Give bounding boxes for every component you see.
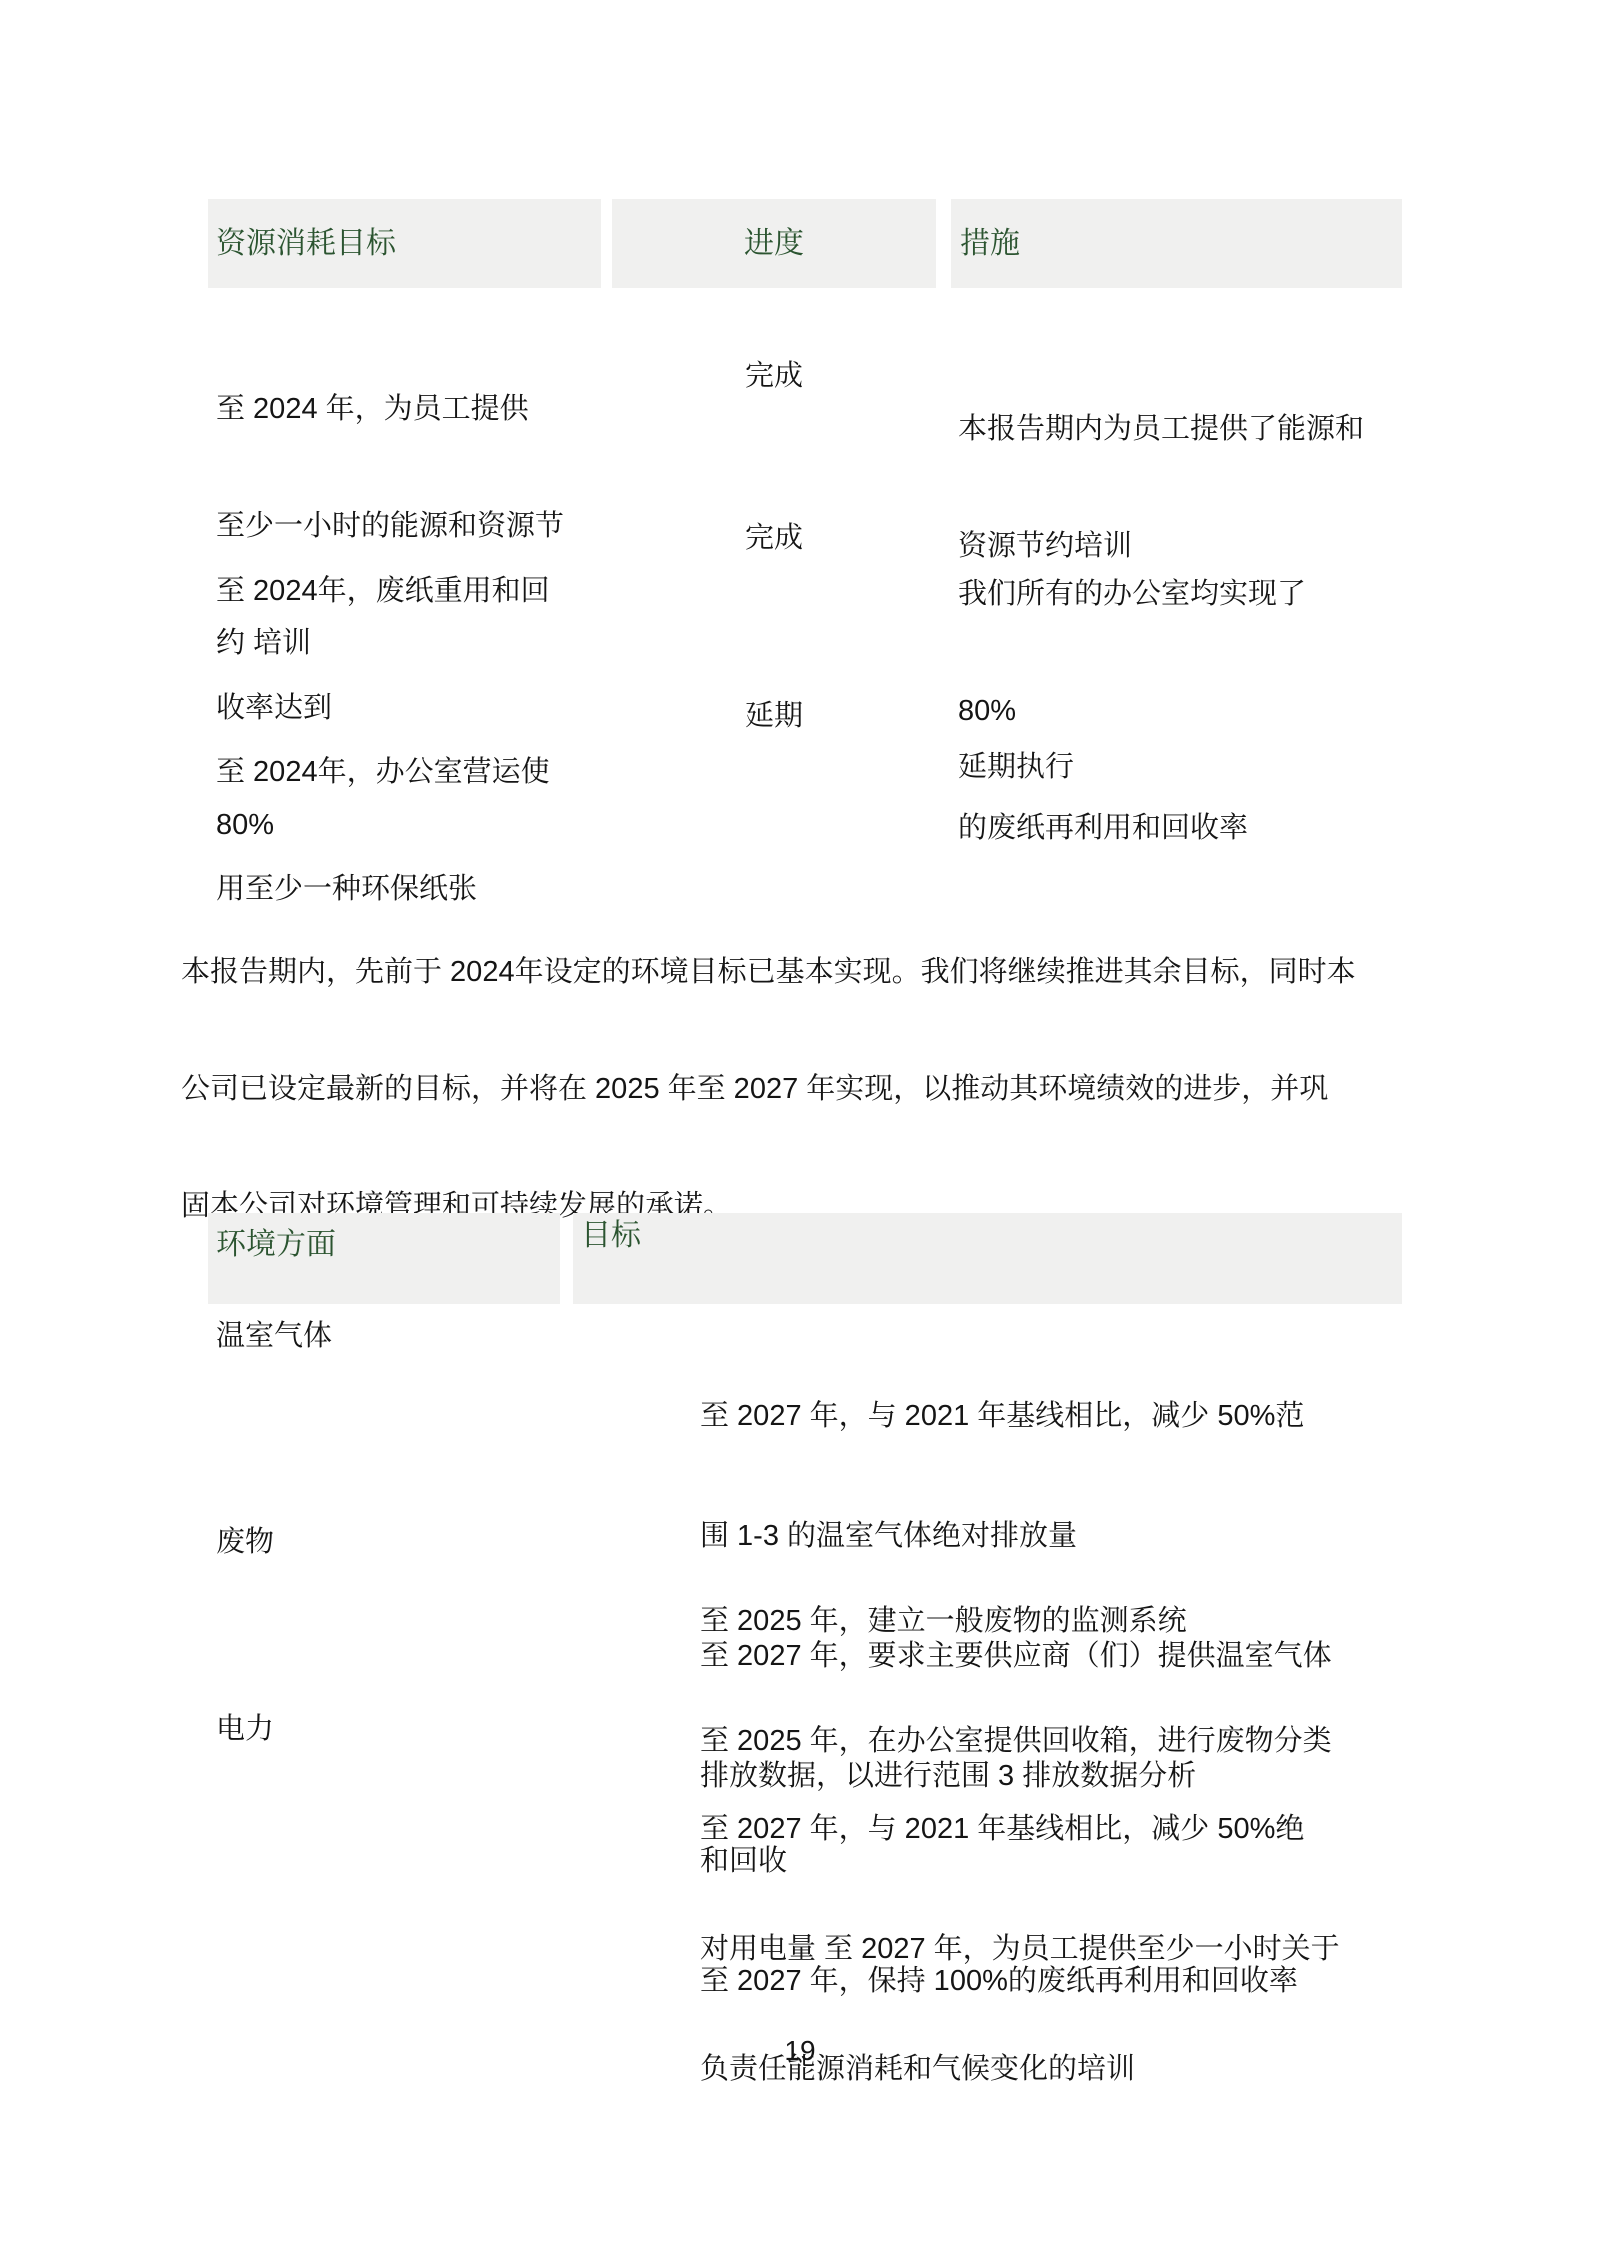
table1-header-measures: 措施	[951, 199, 1402, 288]
table1-header-goal: 资源消耗目标	[208, 199, 601, 288]
table2-row1-aspect: 温室气体	[216, 1316, 332, 1356]
table1-row3-measures: 延期执行	[958, 670, 1074, 865]
table1-header-measures-label: 措施	[960, 229, 1020, 259]
table1-row1-progress: 完成	[612, 357, 936, 396]
table2-header-target-label: 目标	[581, 1219, 641, 1252]
table1-row2-measure-line: 我们所有的办公室均实现了	[958, 575, 1306, 614]
table2-row3-targets: 至 2027 年，与 2021 年基线相比，减少 50%绝 对用电量 至 202…	[700, 1729, 1340, 2169]
table2-header-target: 目标	[573, 1213, 1402, 1304]
table2-row2-aspect: 废物	[216, 1522, 274, 1562]
table1-header-progress-label: 进度	[744, 229, 804, 259]
table2-header-aspect: 环境方面	[208, 1213, 560, 1304]
table1-row1-goal-line: 至 2024 年，为员工提供	[216, 390, 564, 429]
table1-row1-measure-line: 本报告期内为员工提供了能源和	[958, 410, 1364, 449]
table1-row3-measure-line: 延期执行	[958, 748, 1074, 787]
table1-row3-goal-line: 至 2024年，办公室营运使	[216, 753, 550, 792]
table1-row2-progress: 完成	[612, 519, 936, 558]
summary-paragraph-line: 本报告期内，先前于 2024年设定的环境目标已基本实现。我们将继续推进其余目标，…	[181, 953, 1356, 992]
table1-row2-goal-line: 至 2024年，废纸重用和回	[216, 572, 550, 611]
table1-row3-progress: 延期	[612, 697, 936, 736]
table2-row3-target-line: 至 2027 年，与 2021 年基线相比，减少 50%绝	[700, 1809, 1340, 1849]
table2-row3-aspect: 电力	[216, 1709, 274, 1749]
summary-paragraph-line: 公司已设定最新的目标，并将在 2025 年至 2027 年实现，以推动其环境绩效…	[181, 1070, 1356, 1109]
table2-row1-target-line: 至 2027 年，与 2021 年基线相比，减少 50%范	[700, 1396, 1332, 1436]
table1-header-goal-label: 资源消耗目标	[216, 229, 396, 259]
page-number: 19	[0, 2031, 1600, 2070]
report-page: 资源消耗目标 进度 措施 至 2024 年，为员工提供 至少一小时的能源和资源节…	[0, 0, 1600, 2264]
table2-row2-target-line: 至 2025 年，建立一般废物的监测系统	[700, 1601, 1332, 1641]
table2-header-aspect-label: 环境方面	[216, 1228, 336, 1261]
table2-row3-target-line: 对用电量 至 2027 年，为员工提供至少一小时关于	[700, 1929, 1340, 1969]
table1-header-progress: 进度	[612, 199, 936, 288]
